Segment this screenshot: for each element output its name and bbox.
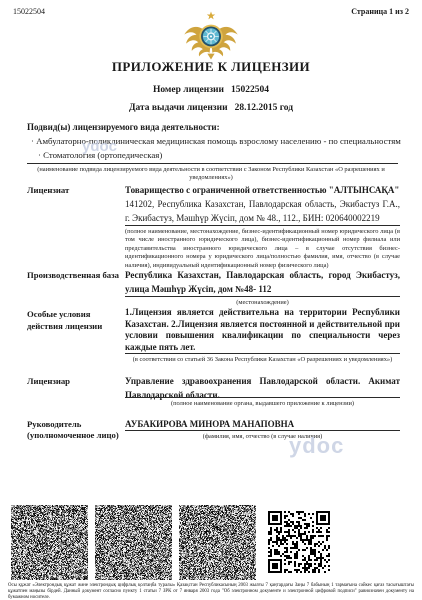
licensee-name: Товарищество с ограниченной ответственно… [125, 184, 400, 198]
divider [125, 397, 400, 398]
licensor-caption: (полное наименование органа, выдавшего п… [125, 400, 400, 408]
barcode-block [11, 505, 88, 580]
licensee-caption: (полное наименование, местонахождение, б… [125, 228, 400, 270]
licensee-label: Лицензиат [27, 185, 125, 197]
legal-footer-text: Осы құжат «Электрондық құжат және электр… [8, 583, 414, 600]
production-base-value: Республика Казахстан, Павлодарская облас… [125, 269, 400, 297]
page-title: ПРИЛОЖЕНИЕ К ЛИЦЕНЗИИ [0, 59, 422, 75]
licensor-label: Лицензиар [27, 376, 125, 388]
divider [125, 430, 400, 431]
licensee-address: 141202, Республика Казахстан, Павлодарск… [125, 198, 400, 226]
divider [125, 353, 400, 354]
special-conditions-label: Особые условия действия лицензии [27, 309, 125, 332]
license-attachment-page: 15022504 Страница 1 из 2 ПРИЛОЖЕНИЕ К ЛИ… [0, 0, 422, 600]
issue-date-line: Дата выдачи лицензии28.12.2015 год [0, 103, 422, 113]
page-indicator: Страница 1 из 2 [351, 7, 409, 16]
divider [125, 225, 400, 226]
qr-code [268, 511, 330, 573]
barcode-block [95, 505, 172, 580]
subtypes-caption: (наименование подвида лицензируемого вид… [21, 166, 401, 182]
subtypes-heading: Подвид(ы) лицензируемого вида деятельнос… [27, 122, 220, 132]
divider [125, 296, 400, 297]
kazakhstan-emblem-icon [182, 11, 240, 60]
head-label-note: (уполномоченное лицо) [27, 430, 125, 442]
special-conditions-value: 1.Лицензия является действительна на тер… [125, 307, 400, 353]
barcode-block [179, 505, 256, 580]
head-label: Руководитель [27, 419, 125, 431]
license-number-line: Номер лицензии15022504 [0, 85, 422, 95]
doc-number: 15022504 [13, 7, 45, 16]
licensor-value: Управление здравоохранения Павлодарской … [125, 375, 400, 403]
production-base-label: Производственная база [27, 270, 125, 282]
issue-date-value: 28.12.2015 год [235, 103, 293, 113]
license-number-value: 15022504 [231, 85, 269, 95]
watermark: ydoc [289, 433, 344, 459]
license-number-label: Номер лицензии [153, 85, 224, 95]
divider [27, 163, 398, 164]
head-caption: (фамилия, имя, отчество (в случае наличи… [125, 433, 400, 441]
special-conditions-caption: (в соответствии со статьей 36 Закона Рес… [125, 356, 400, 364]
watermark: ydoc [82, 138, 117, 155]
issue-date-label: Дата выдачи лицензии [129, 103, 228, 113]
